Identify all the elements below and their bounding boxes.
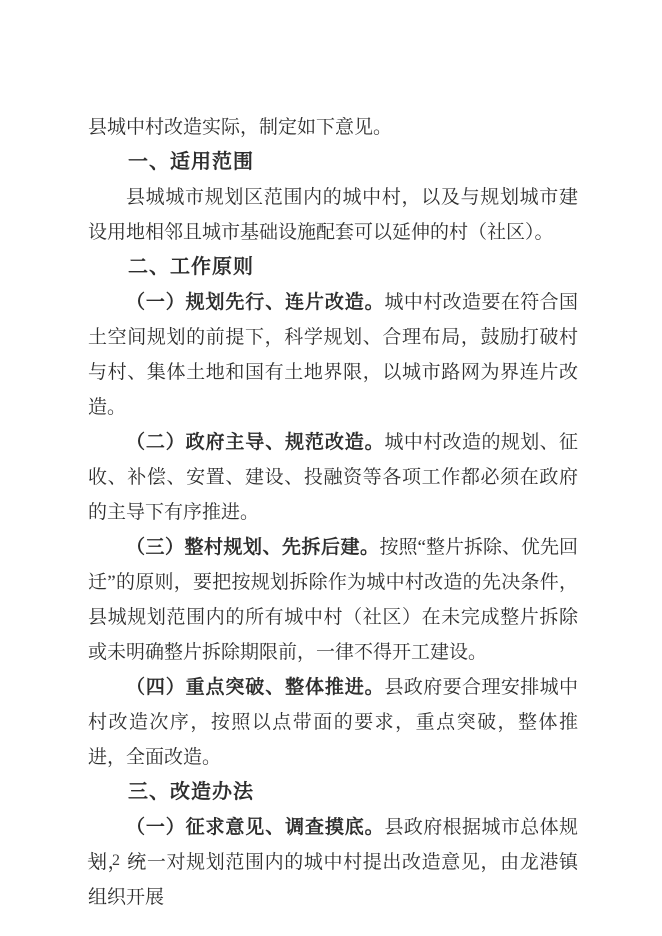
section-heading-scope: 一、适用范围 [88,145,578,180]
principle-item-1: （一）规划先行、连片改造。城中村改造要在符合国土空间规划的前提下，科学规划、合理… [88,285,578,425]
document-body: 县城中村改造实际，制定如下意见。 一、适用范围 县城城市规划区范围内的城中村，以… [88,110,578,915]
method-item-1-lead: （一）征求意见、调查摸底。 [126,817,385,838]
section-heading-methods: 三、改造办法 [88,775,578,810]
principle-item-4: （四）重点突破、整体推进。县政府要合理安排城中村改造次序，按照以点带面的要求，重… [88,670,578,775]
section-heading-principles: 二、工作原则 [88,250,578,285]
principle-item-1-lead: （一）规划先行、连片改造。 [126,292,385,313]
principle-item-3-lead: （三）整村规划、先拆后建。 [126,537,380,558]
principle-item-3: （三）整村规划、先拆后建。按照“整片拆除、优先回迁”的原则，要把按规划拆除作为城… [88,530,578,670]
principle-item-2: （二）政府主导、规范改造。城中村改造的规划、征收、补偿、安置、建设、投融资等各项… [88,425,578,530]
scope-paragraph: 县城城市规划区范围内的城中村，以及与规划城市建设用地相邻且城市基础设施配套可以延… [88,180,578,250]
page-number: — 2 — [88,849,146,873]
method-item-1: （一）征求意见、调查摸底。县政府根据城市总体规划，统一对规划范围内的城中村提出改… [88,810,578,915]
document-page: 县城中村改造实际，制定如下意见。 一、适用范围 县城城市规划区范围内的城中村，以… [0,0,662,936]
intro-paragraph: 县城中村改造实际，制定如下意见。 [88,110,578,145]
principle-item-4-lead: （四）重点突破、整体推进。 [126,677,385,698]
principle-item-2-lead: （二）政府主导、规范改造。 [126,432,385,453]
